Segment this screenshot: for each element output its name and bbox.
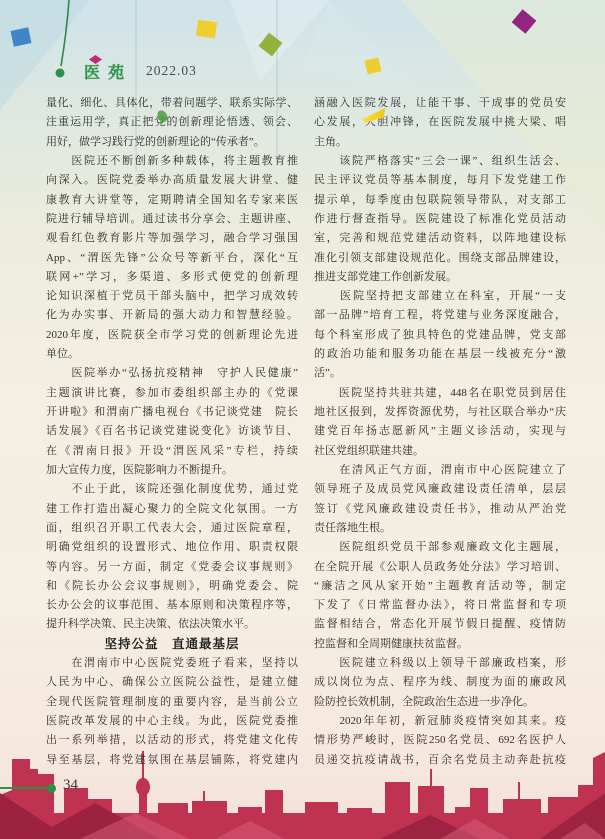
text-line: 提升科学决策、民主决策、依法决策水平。 xyxy=(46,615,298,634)
text-line: 2020年度，医院获全市学习党的创新理论先进 xyxy=(46,326,298,345)
text-line: 建党百年扬志愿新风”主题义诊活动，实现与 xyxy=(314,422,566,441)
text-line: 不止于此，该院还强化制度优势，通过党 xyxy=(46,480,298,499)
left-column: 量化、细化、具体化，带着问题学、联系实际学、注重运用学，真正把党的创新理论悟透、… xyxy=(46,94,298,770)
text-line: 观看红色教育影片等加强学习，融合学习强国 xyxy=(46,229,298,248)
text-line: 康教育大讲堂等，定期聘请全国知名专家来医 xyxy=(46,191,298,210)
right-column: 涵融入医院发展，让能干事、干成事的党员安心发展，大胆冲锋，在医院发展中挑大梁、唱… xyxy=(314,94,566,770)
text-line: 长办公会的议事范围、基本原则和决策程序等， xyxy=(46,596,298,615)
text-line: 室，完善和规范党建活动资料，以阵地建设标 xyxy=(314,229,566,248)
text-line: 下发了《日常监督办法》，将日常监督和专项 xyxy=(314,596,566,615)
text-line: 员递交抗疫请战书，百余名党员主动奔赴抗疫 xyxy=(314,751,566,770)
section-heading: 坚持公益 直通最基层 xyxy=(46,635,298,654)
text-line: 话发展》《百名书记谈党建说变化》访谈节目、 xyxy=(46,422,298,441)
text-line: 2020年年初，新冠肺炎疫情突如其来。疫 xyxy=(314,712,566,731)
text-line: 加大宣传力度，医院影响力不断提升。 xyxy=(46,461,298,480)
text-line: 在清风正气方面，渭南市中心医院建立了 xyxy=(314,461,566,480)
text-line: 主角。 xyxy=(314,133,566,152)
page-number-rule xyxy=(0,787,50,789)
text-line: 民主评议党员等基本制度，每月下发党建工作 xyxy=(314,171,566,190)
text-line: 医院坚持共驻共建，448名在职党员到居住 xyxy=(314,384,566,403)
text-line: 每个科室形成了独具特色的党建品牌，党支部 xyxy=(314,326,566,345)
text-line: 和《院长办公会议事规则》，明确党委会、院 xyxy=(46,577,298,596)
poly-shape xyxy=(300,0,430,100)
text-line: 在全院开展《公职人员政务处分法》学习培训、 xyxy=(314,558,566,577)
text-line: 医院建立科级以上领导干部廉政档案，形 xyxy=(314,654,566,673)
text-line: 心发展，大胆冲锋，在医院发展中挑大梁、唱 xyxy=(314,113,566,132)
text-line: “廉洁之风从家开始”主题教育活动等，制定 xyxy=(314,577,566,596)
text-line: 准化引领支部建设规范化。围绕支部品牌建设， xyxy=(314,249,566,268)
text-line: 在渭南市中心医院党委班子看来，坚持以 xyxy=(46,654,298,673)
text-line: 责任落地生根。 xyxy=(314,519,566,538)
magazine-page: 医苑 2022.03 量化、细化、具体化，带着问题学、联系实际学、注重运用学，真… xyxy=(0,0,605,839)
text-line: 论知识深植于党员干部头脑中，把学习成效转 xyxy=(46,287,298,306)
text-line: 情形势严峻时，医院250名党员、692名医护人 xyxy=(314,731,566,750)
text-line: 监督相结合，常态化开展节假日提醒、疫情防 xyxy=(314,615,566,634)
text-line: 领导班子及成员党风廉政建设责任清单，层层 xyxy=(314,480,566,499)
text-line: 主题演讲比赛，参加市委组织部主办的《党课 xyxy=(46,384,298,403)
text-line: 开讲啦》和渭南广播电视台《书记谈党建 院长 xyxy=(46,403,298,422)
text-line: 医院还不断创新多种载体，将主题教育推 xyxy=(46,152,298,171)
text-line: 等内容。另一方面，制定《党委会议事规则》 xyxy=(46,558,298,577)
text-line: 人民为中心、确保公立医院公益性，是建立健 xyxy=(46,673,298,692)
text-line: 险防控长效机制，全院政治生态进一步净化。 xyxy=(314,693,566,712)
text-line: 单位。 xyxy=(46,345,298,364)
text-line: 全现代医院管理制度的重要内容，是当前公立 xyxy=(46,693,298,712)
text-line: 注重运用学，真正把党的创新理论悟透、领会、 xyxy=(46,113,298,132)
text-line: 成以岗位为点、程序为线、制度为面的廉政风 xyxy=(314,673,566,692)
magazine-title: 医苑 xyxy=(84,60,132,83)
text-line: 医院改革发展的中心主线。为此，医院党委推 xyxy=(46,712,298,731)
text-line: 签订《党风廉政建设责任书》，推动从严治党 xyxy=(314,500,566,519)
yellow-square-icon xyxy=(196,20,217,38)
article-body: 量化、细化、具体化，带着问题学、联系实际学、注重运用学，真正把党的创新理论悟透、… xyxy=(46,94,568,770)
text-line: 明确党组织的设置形式、地位作用、职责权限 xyxy=(46,538,298,557)
text-line: 的政治功能和服务功能在基层一线被充分“激 xyxy=(314,345,566,364)
text-line: 在《渭南日报》开设“渭医风采”专栏，持续 xyxy=(46,442,298,461)
text-line: 地社区报到，发挥资源优势，与社区联合举办“庆 xyxy=(314,403,566,422)
green-dot-icon xyxy=(56,69,65,78)
text-line: 医院组织党员干部参观廉政文化主题展， xyxy=(314,538,566,557)
page-number: 34 xyxy=(63,777,78,794)
text-line: 推进支部党建工作创新发展。 xyxy=(314,268,566,287)
text-line: 用好，做学习践行党的创新理论的“传承者”。 xyxy=(46,133,298,152)
text-line: 活”。 xyxy=(314,364,566,383)
text-line: 化为办实事、开新局的强大动力和智慧经验。 xyxy=(46,306,298,325)
text-line: 社区党组织联建共建。 xyxy=(314,442,566,461)
text-line: 该院严格落实“三会一课”、组织生活会、 xyxy=(314,152,566,171)
text-line: 导至基层，将党建氛围在基层铺陈，将党建内 xyxy=(46,751,298,770)
text-line: 量化、细化、具体化，带着问题学、联系实际学、 xyxy=(46,94,298,113)
page-number-dot-icon xyxy=(47,784,56,793)
text-line: 联网+”学习，多渠道、多形式使党的创新理 xyxy=(46,268,298,287)
text-line: 建工作打造出凝心聚力的全院文化氛围。一方 xyxy=(46,500,298,519)
text-line: 向深入。医院党委举办高质量发展大讲堂、健 xyxy=(46,171,298,190)
text-line: 涵融入医院发展，让能干事、干成事的党员安 xyxy=(314,94,566,113)
text-line: 控监督和全周期健康扶贫监督。 xyxy=(314,635,566,654)
issue-number: 2022.03 xyxy=(146,63,197,79)
text-line: 医院坚持把支部建立在科室，开展“一支 xyxy=(314,287,566,306)
text-line: App、“渭医先锋”公众号等新平台，深化“互 xyxy=(46,249,298,268)
text-line: 面，组织召开职工代表大会，通过医院章程， xyxy=(46,519,298,538)
text-line: 提示单，每季度由包联院领导带队，对支部工 xyxy=(314,191,566,210)
text-line: 作进行督查指导。医院建设了标准化党员活动 xyxy=(314,210,566,229)
text-line: 出一系列举措，以活动的形式，将党建文化传 xyxy=(46,731,298,750)
text-line: 院进行辅导培训。通过读书分享会、主题讲座、 xyxy=(46,210,298,229)
text-line: 医院举办“弘扬抗疫精神 守护人民健康” xyxy=(46,364,298,383)
text-line: 部一品牌”培育工程，将党建与业务深度融合， xyxy=(314,306,566,325)
